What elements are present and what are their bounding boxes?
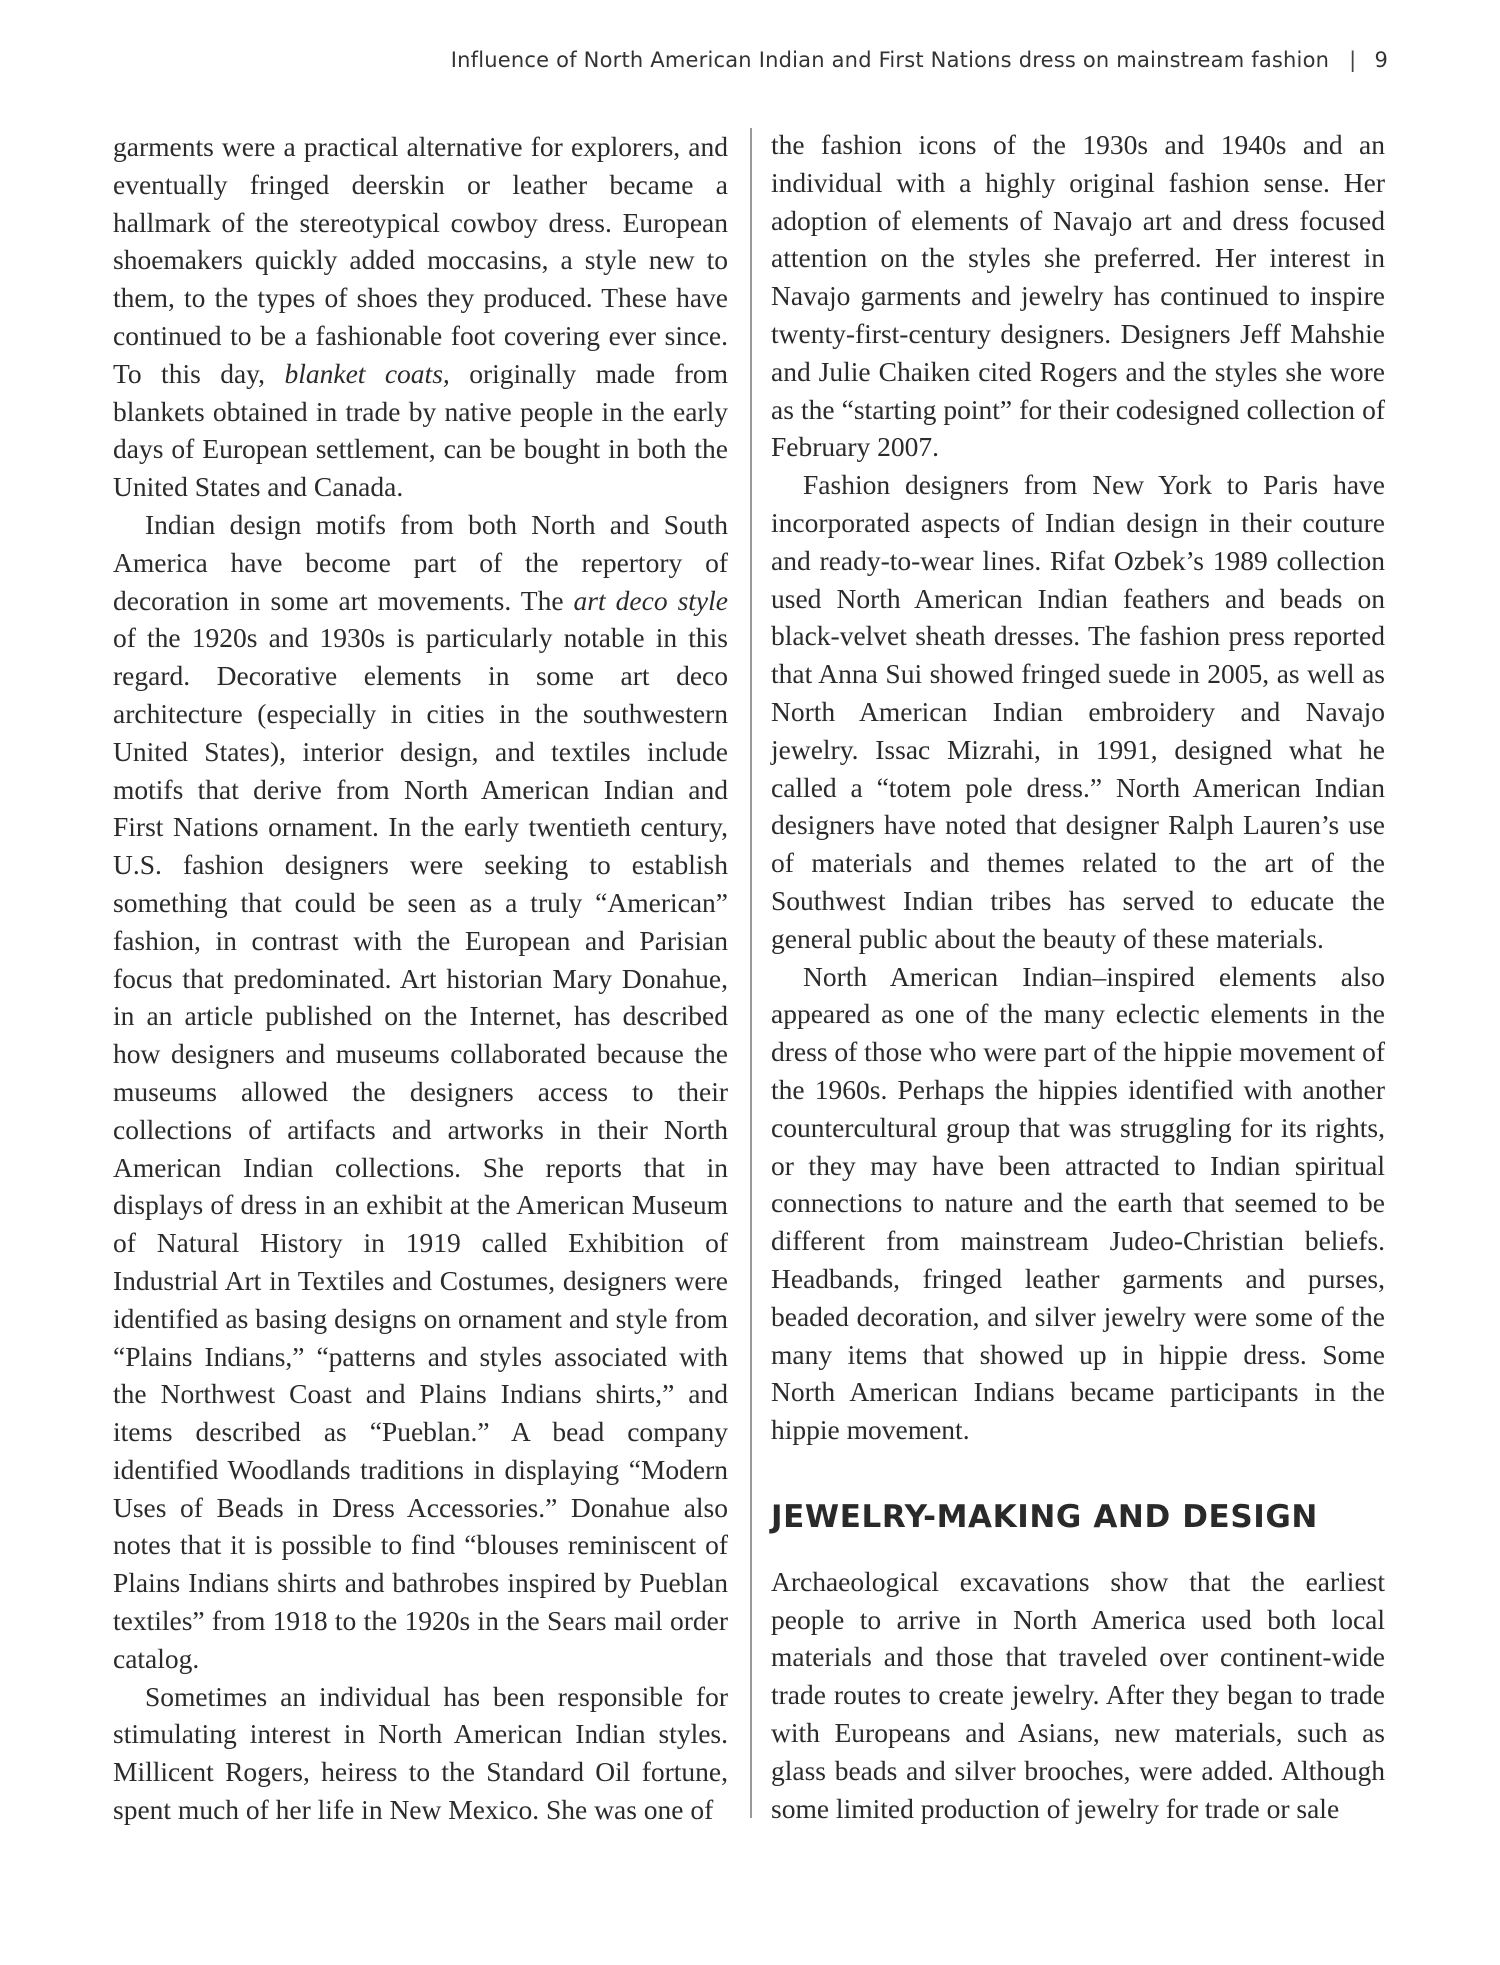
paragraph: Indian design motifs from both North and… bbox=[113, 506, 728, 1678]
running-title: Influence of North American Indian and F… bbox=[451, 48, 1329, 72]
paragraph: Archaeological excavations show that the… bbox=[771, 1563, 1385, 1828]
paragraph: North American Indian–inspired elements … bbox=[771, 958, 1385, 1449]
paragraph: Sometimes an individual has been respons… bbox=[113, 1678, 728, 1829]
left-column: garments were a practical alternative fo… bbox=[113, 128, 728, 1829]
page-number: 9 bbox=[1374, 48, 1388, 72]
section-heading: JEWELRY-MAKING AND DESIGN bbox=[771, 1499, 1385, 1535]
column-divider bbox=[750, 128, 752, 1818]
paragraph: garments were a practical alternative fo… bbox=[113, 128, 728, 506]
text-run: of the 1920s and 1930s is particularly n… bbox=[113, 622, 728, 1674]
text-run: garments were a practical alternative fo… bbox=[113, 131, 728, 389]
right-column: the fashion icons of the 1930s and 1940s… bbox=[771, 126, 1385, 1827]
italic-term: art deco style bbox=[574, 585, 728, 616]
running-head: Influence of North American Indian and F… bbox=[451, 48, 1388, 72]
paragraph: the fashion icons of the 1930s and 1940s… bbox=[771, 126, 1385, 466]
italic-term: blanket coats, bbox=[284, 358, 449, 389]
paragraph: Fashion designers from New York to Paris… bbox=[771, 466, 1385, 957]
header-separator: | bbox=[1349, 48, 1356, 72]
